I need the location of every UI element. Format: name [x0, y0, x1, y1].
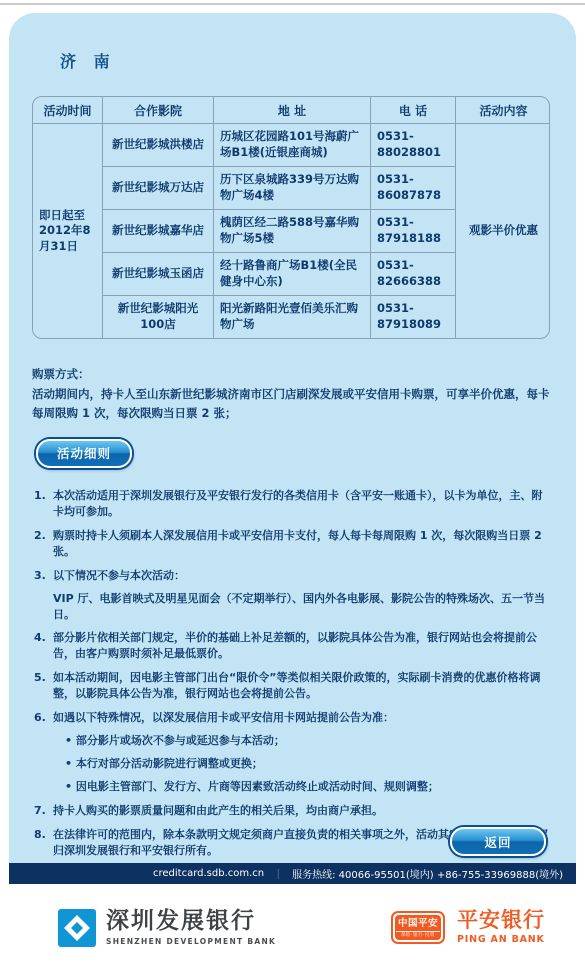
activity-time-line2: 2012年8月31日	[39, 223, 96, 254]
rule-text: 如本活动期间，因电影主管部门出台“限价令”等类似相关限价政策的，实际刷卡消费的优…	[53, 670, 550, 702]
cell-activity-time: 即日起至 2012年8月31日	[33, 124, 103, 339]
cell-phone: 0531-88028801	[371, 124, 456, 167]
rule-number: 5.	[34, 670, 53, 702]
rule-number: 2.	[34, 528, 53, 560]
table-header-row: 活动时间 合作影院 地 址 电 话 活动内容	[33, 97, 551, 124]
sdb-logo-text: 深圳发展银行 SHENZHEN DEVELOPMENT BANK	[106, 910, 276, 946]
col-header-activity-content: 活动内容	[456, 97, 551, 124]
footer-hotline: 服务热线: 40066-95501(境内) +86-755-33969888(境…	[292, 866, 563, 881]
purchase-method-body: 活动期间内，持卡人至山东新世纪影城济南市区门店刷深发展或平安信用卡购票，可享半价…	[32, 385, 550, 423]
back-button[interactable]: 返回	[450, 827, 546, 856]
rule-item: 6. 如遇以下特殊情况，以深发展信用卡或平安信用卡网站提前公告为准： 部分影片或…	[34, 710, 550, 795]
rule-item: 3. 以下情况不参与本次活动： VIP 厅、电影首映式及明星见面会（不定期举行）…	[34, 568, 550, 623]
col-header-activity-time: 活动时间	[33, 97, 103, 124]
cell-address: 经十路鲁商广场B1楼(全民健身中心东)	[214, 253, 371, 296]
pingan-name-en: PING AN BANK	[457, 934, 545, 945]
cell-address: 阳光新路阳光壹佰美乐汇购物广场	[214, 296, 371, 339]
rule-text: 本次活动适用于深圳发展银行及平安银行发行的各类信用卡（含平安一账通卡），以卡为单…	[53, 488, 550, 520]
rule-text: 购票时持卡人须刷本人深发展信用卡或平安信用卡支付，每人每卡每周限购 1 次，每次…	[53, 528, 550, 560]
rule-number: 3.	[34, 568, 53, 623]
cell-activity-content: 观影半价优惠	[456, 124, 551, 339]
cell-phone: 0531-86087878	[371, 167, 456, 210]
cinema-table: 活动时间 合作影院 地 址 电 话 活动内容 即日起至 2012年8月31日 新…	[32, 96, 550, 339]
pingan-logo-text: 平安银行 PING AN BANK	[457, 910, 545, 945]
cell-phone: 0531-87918089	[371, 296, 456, 339]
purchase-method-heading: 购票方式：	[32, 365, 550, 384]
sdb-logo: 深圳发展银行 SHENZHEN DEVELOPMENT BANK	[58, 909, 276, 947]
cell-phone: 0531-82666388	[371, 253, 456, 296]
rule-text: 部分影片依相关部门规定，半价的基础上补足差额的，以影院具体公告为准，银行网站也会…	[53, 630, 550, 662]
footer-info-bar: creditcard.sdb.com.cn ｜ 服务热线: 40066-9550…	[9, 863, 576, 884]
col-header-phone: 电 话	[371, 97, 456, 124]
cell-address: 历下区泉城路339号万达购物广场4楼	[214, 167, 371, 210]
rule-number: 7.	[34, 803, 53, 819]
page-title: 济 南	[60, 49, 550, 72]
rule-text: 持卡人购买的影票质量问题和由此产生的相关后果，均由商户承担。	[53, 803, 550, 819]
rule-number: 6.	[34, 710, 53, 795]
rule-number: 4.	[34, 630, 53, 662]
pingan-badge-sub: 保险·银行·投资	[396, 931, 440, 939]
rule-item: 4. 部分影片依相关部门规定，半价的基础上补足差额的，以影院具体公告为准，银行网…	[34, 630, 550, 662]
rules-list: 1. 本次活动适用于深圳发展银行及平安银行发行的各类信用卡（含平安一账通卡），以…	[34, 488, 550, 863]
activity-time-line1: 即日起至	[39, 208, 96, 224]
cell-cinema: 新世纪影城万达店	[103, 167, 214, 210]
cell-address: 槐荫区经二路588号嘉华购物广场5楼	[214, 210, 371, 253]
col-header-cinema: 合作影院	[103, 97, 214, 124]
cell-address: 历城区花园路101号海蔚广场B1楼(近银座商城)	[214, 124, 371, 167]
rule-bullet-list: 部分影片或场次不参与或延迟参与本活动； 本行对部分活动影院进行调整或更换； 因电…	[65, 733, 550, 795]
rule-number: 8.	[34, 827, 53, 859]
footer-divider: ｜	[273, 866, 283, 881]
rule-item: 5. 如本活动期间，因电影主管部门出台“限价令”等类似相关限价政策的，实际刷卡消…	[34, 670, 550, 702]
pingan-badge-main: 中国平安	[396, 917, 440, 930]
rule-text: 以下情况不参与本次活动： VIP 厅、电影首映式及明星见面会（不定期举行）、国内…	[53, 568, 550, 623]
rule-bullet: 本行对部分活动影院进行调整或更换；	[65, 756, 550, 772]
pingan-logo: 中国平安 保险·银行·投资 平安银行 PING AN BANK	[391, 910, 545, 945]
col-header-address: 地 址	[214, 97, 371, 124]
cell-cinema: 新世纪影城洪楼店	[103, 124, 214, 167]
cell-cinema: 新世纪影城玉函店	[103, 253, 214, 296]
rule-item: 1. 本次活动适用于深圳发展银行及平安银行发行的各类信用卡（含平安一账通卡），以…	[34, 488, 550, 520]
promo-card: 济 南 活动时间 合作影院 地 址 电 话 活动内容 即日起至 2	[9, 13, 576, 863]
cell-phone: 0531-87918188	[371, 210, 456, 253]
purchase-method-section: 购票方式： 活动期间内，持卡人至山东新世纪影城济南市区门店刷深发展或平安信用卡购…	[32, 365, 550, 423]
footer-logos: 深圳发展银行 SHENZHEN DEVELOPMENT BANK 中国平安 保险…	[0, 884, 585, 971]
sdb-name-en: SHENZHEN DEVELOPMENT BANK	[106, 937, 276, 946]
rule-sub-text: VIP 厅、电影首映式及明星见面会（不定期举行）、国内外各电影展、影院公告的特殊…	[53, 591, 550, 623]
rule-text: 如遇以下特殊情况，以深发展信用卡或平安信用卡网站提前公告为准： 部分影片或场次不…	[53, 710, 550, 795]
activity-details-button[interactable]: 活动细则	[36, 439, 132, 468]
table-row: 即日起至 2012年8月31日 新世纪影城洪楼店 历城区花园路101号海蔚广场B…	[33, 124, 551, 167]
rule-number: 1.	[34, 488, 53, 520]
pingan-badge-icon: 中国平安 保险·银行·投资	[391, 911, 445, 944]
rule-item: 2. 购票时持卡人须刷本人深发展信用卡或平安信用卡支付，每人每卡每周限购 1 次…	[34, 528, 550, 560]
sdb-name-cn: 深圳发展银行	[106, 910, 276, 933]
cell-cinema: 新世纪影城阳光100店	[103, 296, 214, 339]
sdb-logo-icon	[58, 909, 96, 947]
footer-url[interactable]: creditcard.sdb.com.cn	[153, 868, 264, 879]
rule-text-main: 如遇以下特殊情况，以深发展信用卡或平安信用卡网站提前公告为准：	[53, 711, 394, 724]
rule-text-main: 以下情况不参与本次活动：	[53, 569, 185, 582]
cinema-table-wrapper: 活动时间 合作影院 地 址 电 话 活动内容 即日起至 2012年8月31日 新…	[32, 96, 550, 339]
rule-bullet: 部分影片或场次不参与或延迟参与本活动；	[65, 733, 550, 749]
rule-item: 7. 持卡人购买的影票质量问题和由此产生的相关后果，均由商户承担。	[34, 803, 550, 819]
rule-bullet: 因电影主管部门、发行方、片商等因素致活动终止或活动时间、规则调整；	[65, 779, 550, 795]
top-divider	[0, 3, 585, 5]
cell-cinema: 新世纪影城嘉华店	[103, 210, 214, 253]
pingan-name-cn: 平安银行	[457, 910, 545, 931]
